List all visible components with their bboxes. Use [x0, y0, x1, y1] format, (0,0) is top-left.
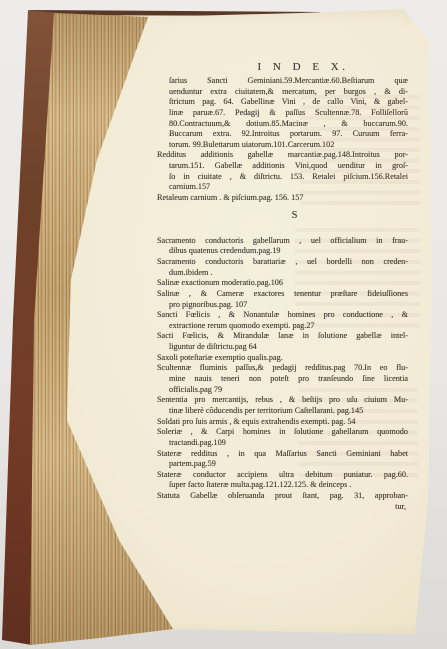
index-entry-line: ſtrictum pag. 64. Gabellinæ Vini , de ca…: [157, 97, 408, 108]
index-entry-line: linæ paruæ.67. Pedagij & paſſus Scultenn…: [157, 108, 408, 119]
index-entry-line: tarum.151. Gabellæ additionis Vini,quod …: [157, 161, 408, 172]
index-entry-line: Saxoli poteſtariæ exemptio qualis.pag.: [157, 353, 408, 364]
index-entry-line: Soleriæ , & Carpi homines in ſolutione g…: [157, 427, 408, 438]
book-photo: I N D E X. ſarius Sancti Geminiani.59.Me…: [0, 0, 447, 649]
index-entry-line: Soldati pro ſuis armis , & equis extrahe…: [157, 417, 408, 428]
index-entry-line: Statuta Gabellæ obſeruanda prout ſtant, …: [157, 491, 408, 502]
index-entries-top: ſarius Sancti Geminiani.59.Mercantiæ.60.…: [157, 76, 408, 204]
index-entry-line: Scultennæ fluminis paſſus,& pedagij redd…: [157, 363, 408, 374]
index-entry-line: dum.ibidem .: [157, 268, 408, 279]
index-entry-line: Sententia pro mercantijs, rebus , & beſt…: [157, 395, 408, 406]
index-entry-line: Retaleum carnium . & piſcium.pag. 156. 1…: [157, 193, 408, 204]
index-entry-line: Salinæ , & Cameræ exactores tenentur præ…: [157, 289, 408, 300]
index-entries-s: Sacramento conductoris gabellarum , uel …: [157, 236, 408, 513]
index-entry-line: Salinæ exactionum moderatio.pag.106: [157, 278, 408, 289]
index-entry-line: Stateræ redditus , in qua Maſſarius Sanc…: [157, 449, 408, 460]
index-entry-line: tractandi.pag.109: [157, 438, 408, 449]
index-entry-line: Sacramento conductoris gabellarum , uel …: [157, 236, 408, 247]
index-text-block: ſarius Sancti Geminiani.59.Mercantiæ.60.…: [157, 76, 408, 512]
index-header: I N D E X.: [156, 61, 408, 73]
section-heading-s: S: [157, 210, 408, 221]
index-entry-line: torum. 99.Bulettarum uiatorum.101.Carcer…: [157, 140, 408, 151]
index-entry-line: dibus quatenus credendum.pag.19: [157, 246, 408, 257]
index-entry-line: mine nauis teneri non poteſt pro tranſeu…: [157, 374, 408, 385]
index-entry-line: Sacti Fœlicis, & Mirandulæ lanæ in ſolut…: [157, 331, 408, 342]
index-entry-line: Buccarum extra. 92.Introitus portarum. 9…: [157, 129, 408, 140]
index-entry-line: ſarius Sancti Geminiani.59.Mercantiæ.60.…: [157, 76, 408, 87]
index-entry-line: Redditus additionis gabellæ marcantiæ.pa…: [157, 150, 408, 161]
index-entry-line: tur,: [157, 502, 408, 513]
index-entry-line: ſuper facto ſtateræ multa.pag.121.122.12…: [157, 480, 408, 491]
index-entry-line: tinæ liberè cõducendis per territorium C…: [157, 406, 408, 417]
index-entry-line: liguntur de diſtrictu.pag 64: [157, 342, 408, 353]
index-entry-line: Sacramento conductoris barattariæ , uel …: [157, 257, 408, 268]
index-entry-line: ſo in ciuitate , & diſtrictu. 153. Retal…: [157, 172, 408, 183]
index-entry-line: pro pignoribus.pag. 107: [157, 300, 408, 311]
index-entry-line: extractione rerum quomodo exempti. pag.2…: [157, 321, 408, 332]
index-entry-line: officialis.pag 79: [157, 385, 408, 396]
index-entry-line: Stateræ conductor accipiens ultra debitu…: [157, 470, 408, 481]
index-entry-line: Sancti Fœlicis , & Nonantulæ homines pro…: [157, 310, 408, 321]
index-entry-line: partem.pag.59: [157, 459, 408, 470]
index-entry-line: uenduntur extra ciuitatem,& mercatum, pe…: [157, 87, 408, 98]
index-entry-line: 80.Contractuum,& dotium.85.Macinæ , & bu…: [157, 119, 408, 130]
index-entry-line: carnium.157: [157, 182, 408, 193]
